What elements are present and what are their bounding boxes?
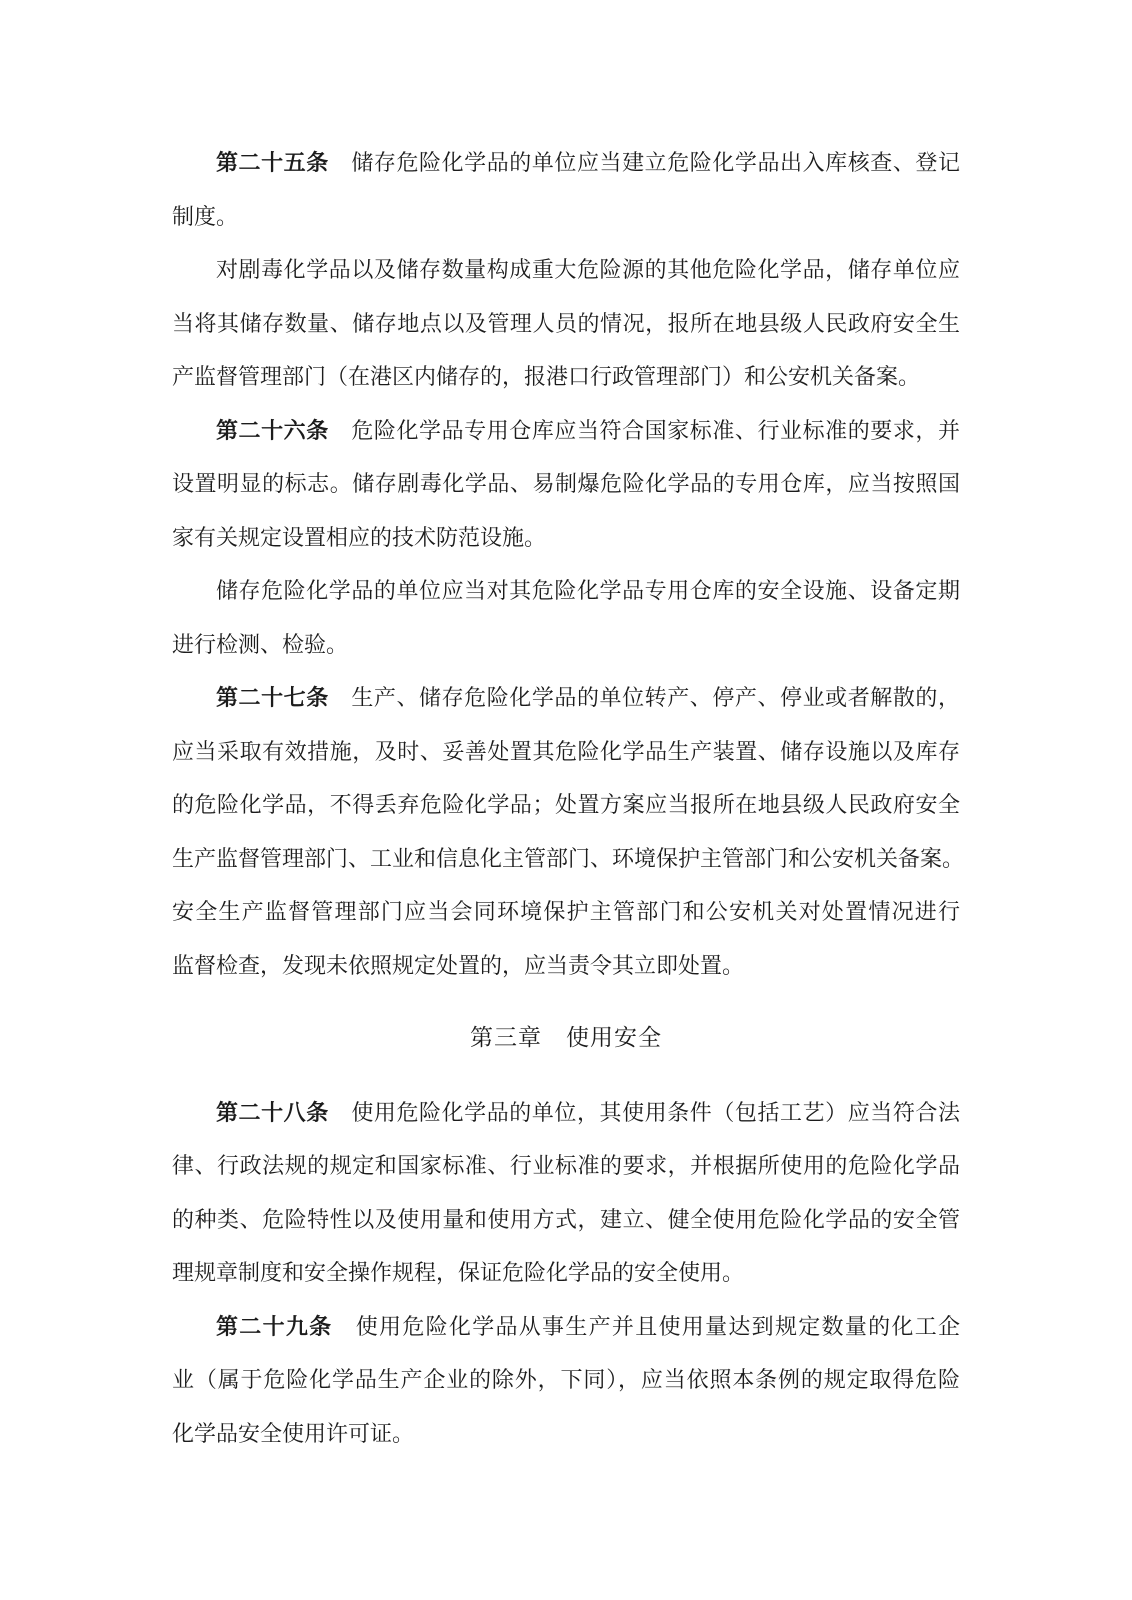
- article-28-paragraph-1: 第二十八条 使用危险化学品的单位，其使用条件（包括工艺）应当符合法律、行政法规的…: [172, 1086, 960, 1300]
- line-text: 监督检查，发现未依照规定处置的，应当责令其立即处置。: [172, 953, 744, 978]
- line-text: 使用危险化学品的单位，其使用条件（包括工艺）应当符合法: [329, 1100, 960, 1125]
- line-text: 制度。: [172, 204, 238, 229]
- text-line: 制度。: [172, 190, 960, 244]
- text-line: 储存危险化学品的单位应当对其危险化学品专用仓库的安全设施、设备定期: [172, 564, 960, 618]
- article-number: 第二十九条: [216, 1314, 332, 1339]
- article-26-paragraph-2: 储存危险化学品的单位应当对其危险化学品专用仓库的安全设施、设备定期进行检测、检验…: [172, 564, 960, 671]
- line-text: 生产监督管理部门、工业和信息化主管部门、环境保护主管部门和公安机关备案。: [172, 846, 964, 871]
- text-line: 业（属于危险化学品生产企业的除外，下同），应当依照本条例的规定取得危险: [172, 1353, 960, 1407]
- text-line: 安全生产监督管理部门应当会同环境保护主管部门和公安机关对处置情况进行: [172, 885, 960, 939]
- article-26-paragraph-1: 第二十六条 危险化学品专用仓库应当符合国家标准、行业标准的要求，并设置明显的标志…: [172, 404, 960, 565]
- chapter-3-heading: 第三章 使用安全: [172, 1011, 960, 1065]
- line-text: 储存危险化学品的单位应当建立危险化学品出入库核查、登记: [329, 150, 960, 175]
- text-line: 第二十五条 储存危险化学品的单位应当建立危险化学品出入库核查、登记: [172, 136, 960, 190]
- text-line: 第二十八条 使用危险化学品的单位，其使用条件（包括工艺）应当符合法: [172, 1086, 960, 1140]
- line-text: 化学品安全使用许可证。: [172, 1421, 414, 1446]
- article-number: 第二十六条: [216, 418, 329, 443]
- line-text: 产监督管理部门（在港区内储存的，报港口行政管理部门）和公安机关备案。: [172, 364, 920, 389]
- article-number: 第二十五条: [216, 150, 329, 175]
- text-line: 律、行政法规的规定和国家标准、行业标准的要求，并根据所使用的危险化学品: [172, 1139, 960, 1193]
- text-line: 理规章制度和安全操作规程，保证危险化学品的安全使用。: [172, 1246, 960, 1300]
- text-line: 进行检测、检验。: [172, 618, 960, 672]
- text-line: 化学品安全使用许可证。: [172, 1407, 960, 1461]
- line-text: 理规章制度和安全操作规程，保证危险化学品的安全使用。: [172, 1260, 744, 1285]
- article-27-paragraph-1: 第二十七条 生产、储存危险化学品的单位转产、停产、停业或者解散的，应当采取有效措…: [172, 671, 960, 992]
- line-text: 设置明显的标志。储存剧毒化学品、易制爆危险化学品的专用仓库，应当按照国: [172, 471, 960, 496]
- text-line: 当将其储存数量、储存地点以及管理人员的情况，报所在地县级人民政府安全生: [172, 297, 960, 351]
- text-line: 的危险化学品，不得丢弃危险化学品；处置方案应当报所在地县级人民政府安全: [172, 778, 960, 832]
- article-29-paragraph-1: 第二十九条 使用危险化学品从事生产并且使用量达到规定数量的化工企业（属于危险化学…: [172, 1300, 960, 1461]
- line-text: 的种类、危险特性以及使用量和使用方式，建立、健全使用危险化学品的安全管: [172, 1207, 960, 1232]
- text-line: 第二十九条 使用危险化学品从事生产并且使用量达到规定数量的化工企: [172, 1300, 960, 1354]
- text-line: 家有关规定设置相应的技术防范设施。: [172, 511, 960, 565]
- text-line: 对剧毒化学品以及储存数量构成重大危险源的其他危险化学品，储存单位应: [172, 243, 960, 297]
- article-25-paragraph-2: 对剧毒化学品以及储存数量构成重大危险源的其他危险化学品，储存单位应当将其储存数量…: [172, 243, 960, 404]
- line-text: 危险化学品专用仓库应当符合国家标准、行业标准的要求，并: [329, 418, 960, 443]
- line-text: 生产、储存危险化学品的单位转产、停产、停业或者解散的，: [329, 685, 960, 710]
- article-25-paragraph-1: 第二十五条 储存危险化学品的单位应当建立危险化学品出入库核查、登记制度。: [172, 136, 960, 243]
- document-page: 第二十五条 储存危险化学品的单位应当建立危险化学品出入库核查、登记制度。对剧毒化…: [172, 136, 960, 1460]
- line-text: 进行检测、检验。: [172, 632, 348, 657]
- line-text: 对剧毒化学品以及储存数量构成重大危险源的其他危险化学品，储存单位应: [216, 257, 960, 282]
- text-line: 监督检查，发现未依照规定处置的，应当责令其立即处置。: [172, 939, 960, 993]
- chapter-heading-text: 第三章 使用安全: [470, 1025, 662, 1050]
- line-text: 使用危险化学品从事生产并且使用量达到规定数量的化工企: [332, 1314, 960, 1339]
- line-text: 的危险化学品，不得丢弃危险化学品；处置方案应当报所在地县级人民政府安全: [172, 792, 960, 817]
- text-line: 产监督管理部门（在港区内储存的，报港口行政管理部门）和公安机关备案。: [172, 350, 960, 404]
- article-number: 第二十七条: [216, 685, 329, 710]
- line-text: 当将其储存数量、储存地点以及管理人员的情况，报所在地县级人民政府安全生: [172, 311, 960, 336]
- line-text: 家有关规定设置相应的技术防范设施。: [172, 525, 546, 550]
- text-line: 应当采取有效措施，及时、妥善处置其危险化学品生产装置、储存设施以及库存: [172, 725, 960, 779]
- line-text: 安全生产监督管理部门应当会同环境保护主管部门和公安机关对处置情况进行: [172, 899, 960, 924]
- text-line: 第二十七条 生产、储存危险化学品的单位转产、停产、停业或者解散的，: [172, 671, 960, 725]
- article-number: 第二十八条: [216, 1100, 329, 1125]
- line-text: 储存危险化学品的单位应当对其危险化学品专用仓库的安全设施、设备定期: [216, 578, 960, 603]
- line-text: 业（属于危险化学品生产企业的除外，下同），应当依照本条例的规定取得危险: [172, 1367, 960, 1392]
- line-text: 应当采取有效措施，及时、妥善处置其危险化学品生产装置、储存设施以及库存: [172, 739, 960, 764]
- text-line: 生产监督管理部门、工业和信息化主管部门、环境保护主管部门和公安机关备案。: [172, 832, 960, 886]
- line-text: 律、行政法规的规定和国家标准、行业标准的要求，并根据所使用的危险化学品: [172, 1153, 960, 1178]
- text-line: 设置明显的标志。储存剧毒化学品、易制爆危险化学品的专用仓库，应当按照国: [172, 457, 960, 511]
- text-line: 的种类、危险特性以及使用量和使用方式，建立、健全使用危险化学品的安全管: [172, 1193, 960, 1247]
- text-line: 第二十六条 危险化学品专用仓库应当符合国家标准、行业标准的要求，并: [172, 404, 960, 458]
